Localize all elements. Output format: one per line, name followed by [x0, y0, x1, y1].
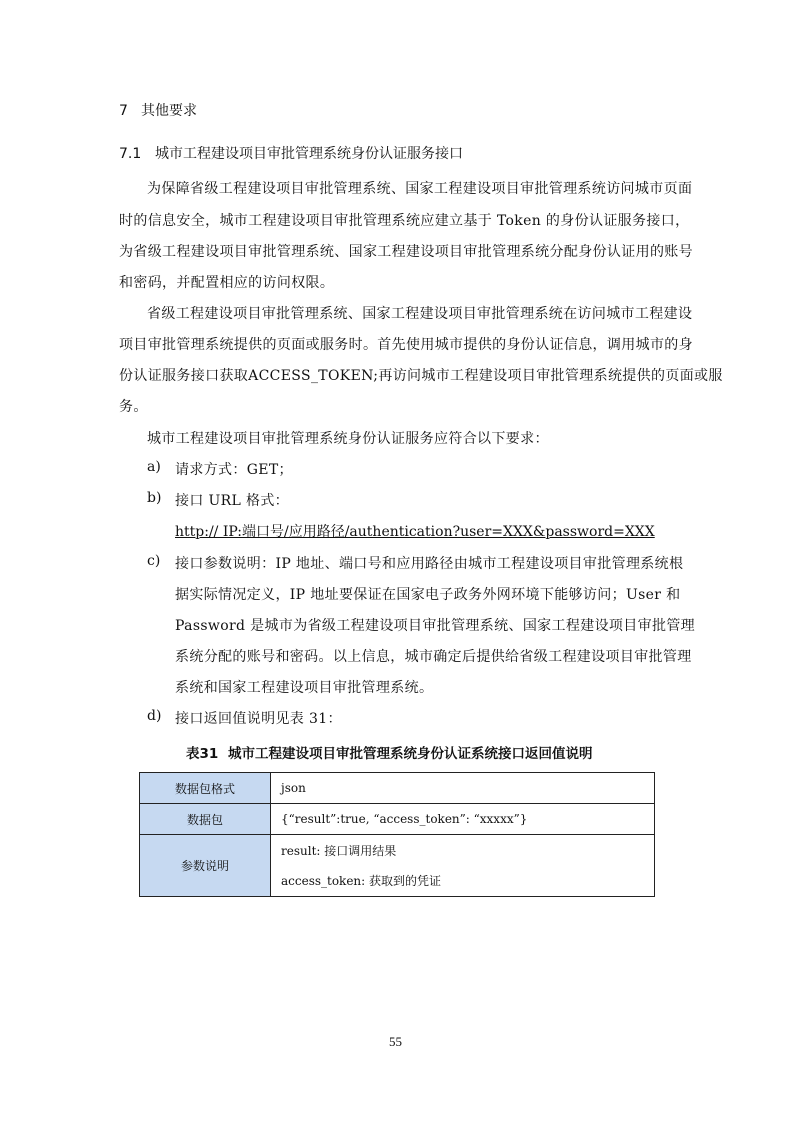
paragraph-line: 为省级工程建设项目审批管理系统、国家工程建设项目审批管理系统分配身份认证用的账号: [119, 241, 693, 261]
list-text: 系统和国家工程建设项目审批管理系统。: [175, 677, 433, 697]
subsection-heading: 7.1城市工程建设项目审批管理系统身份认证服务接口: [119, 143, 463, 163]
subsection-number: 7.1: [119, 146, 155, 162]
table-key-cell: 数据包格式: [140, 773, 271, 804]
param-description: access_token: 获取到的凭证: [281, 866, 644, 896]
list-label: d): [147, 708, 161, 724]
param-description: result: 接口调用结果: [281, 836, 644, 866]
table-caption: 表31城市工程建设项目审批管理系统身份认证系统接口返回值说明: [186, 742, 593, 762]
list-text: 接口 URL 格式：: [175, 490, 289, 510]
paragraph-line: 项目审批管理系统提供的页面或服务时。首先使用城市提供的身份认证信息，调用城市的身: [119, 334, 693, 354]
table-caption-title: 城市工程建设项目审批管理系统身份认证系统接口返回值说明: [228, 746, 593, 762]
paragraph-line: 时的信息安全，城市工程建设项目审批管理系统应建立基于 Token 的身份认证服务…: [119, 210, 689, 230]
return-value-table: 数据包格式 json 数据包 {“result”:true, “access_t…: [139, 772, 655, 897]
list-label: b): [147, 490, 161, 506]
paragraph-line: 为保障省级工程建设项目审批管理系统、国家工程建设项目审批管理系统访问城市页面: [147, 178, 692, 198]
section-number: 7: [119, 103, 141, 119]
table-row: 数据包 {“result”:true, “access_token”: “xxx…: [140, 804, 655, 835]
subsection-title: 城市工程建设项目审批管理系统身份认证服务接口: [155, 146, 463, 162]
section-heading: 7其他要求: [119, 100, 197, 120]
paragraph-line: 务。: [119, 396, 148, 416]
list-text: 据实际情况定义，IP 地址要保证在国家电子政务外网环境下能够访问；User 和: [175, 584, 680, 604]
list-text: 请求方式：GET；: [175, 459, 293, 479]
table-value-cell: json: [271, 773, 655, 804]
table-row: 数据包格式 json: [140, 773, 655, 804]
table-caption-number: 表31: [186, 742, 228, 762]
section-title: 其他要求: [141, 103, 197, 119]
paragraph-line: 份认证服务接口获取ACCESS_TOKEN;再访问城市工程建设项目审批管理系统提…: [119, 365, 723, 385]
paragraph-line: 和密码，并配置相应的访问权限。: [119, 272, 334, 292]
table-value-cell: {“result”:true, “access_token”: “xxxxx”}: [271, 804, 655, 835]
list-text: 系统分配的账号和密码。以上信息，城市确定后提供给省级工程建设项目审批管理: [175, 646, 692, 666]
paragraph-line: 省级工程建设项目审批管理系统、国家工程建设项目审批管理系统在访问城市工程建设: [147, 303, 692, 323]
table-row: 参数说明 result: 接口调用结果 access_token: 获取到的凭证: [140, 835, 655, 897]
url-format-link[interactable]: http:// IP:端口号/应用路径/authentication?user=…: [175, 521, 655, 541]
requirements-intro: 城市工程建设项目审批管理系统身份认证服务应符合以下要求：: [147, 428, 549, 448]
list-label: c): [147, 553, 160, 569]
page-number: 55: [389, 1034, 402, 1050]
list-text: Password 是城市为省级工程建设项目审批管理系统、国家工程建设项目审批管理: [175, 615, 695, 635]
list-text: 接口参数说明：IP 地址、端口号和应用路径由城市工程建设项目审批管理系统根: [175, 553, 683, 573]
table-key-cell: 参数说明: [140, 835, 271, 897]
list-text: 接口返回值说明见表 31：: [175, 708, 342, 728]
table-value-cell: result: 接口调用结果 access_token: 获取到的凭证: [271, 835, 655, 897]
table-key-cell: 数据包: [140, 804, 271, 835]
list-label: a): [147, 459, 161, 475]
